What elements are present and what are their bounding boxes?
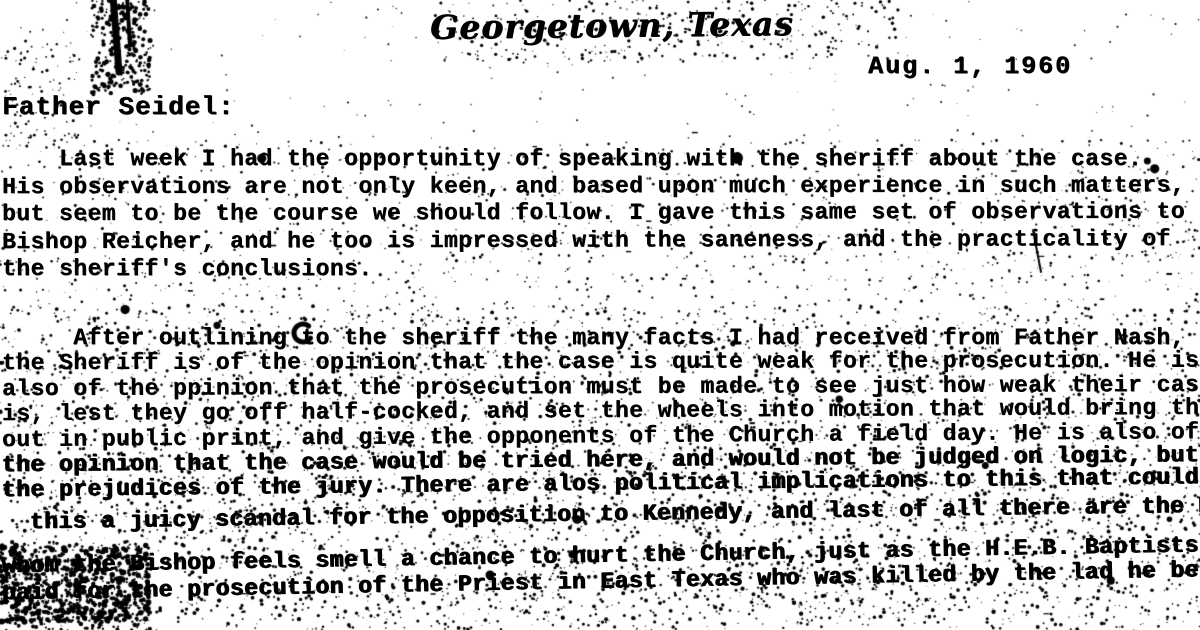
letter-line: His observations are not only keen, and … [2,172,1200,201]
letterhead-location: Georgetown, Texas [430,4,770,47]
scanned-letter-page: Georgetown, Texas Aug. 1, 1960 Father Se… [0,0,1200,630]
letter-salutation: Father Seidel: [2,92,234,122]
letter-line: Bishop Reicher, and he too is impressed … [2,226,1200,257]
letter-line: Last week I had the opportunity of speak… [2,146,1200,174]
letter-date: Aug. 1, 1960 [868,52,1072,81]
letter-line: the sheriff's conclusions. [2,256,1200,284]
paragraph-sheriff-opinion: After outlining to the sheriff the many … [2,326,1200,580]
letter-body: Georgetown, Texas Aug. 1, 1960 Father Se… [0,0,1200,630]
paragraph-sheriff-observations: Last week I had the opportunity of speak… [2,146,1200,284]
letter-line: but seem to be the course we should foll… [2,199,1200,229]
